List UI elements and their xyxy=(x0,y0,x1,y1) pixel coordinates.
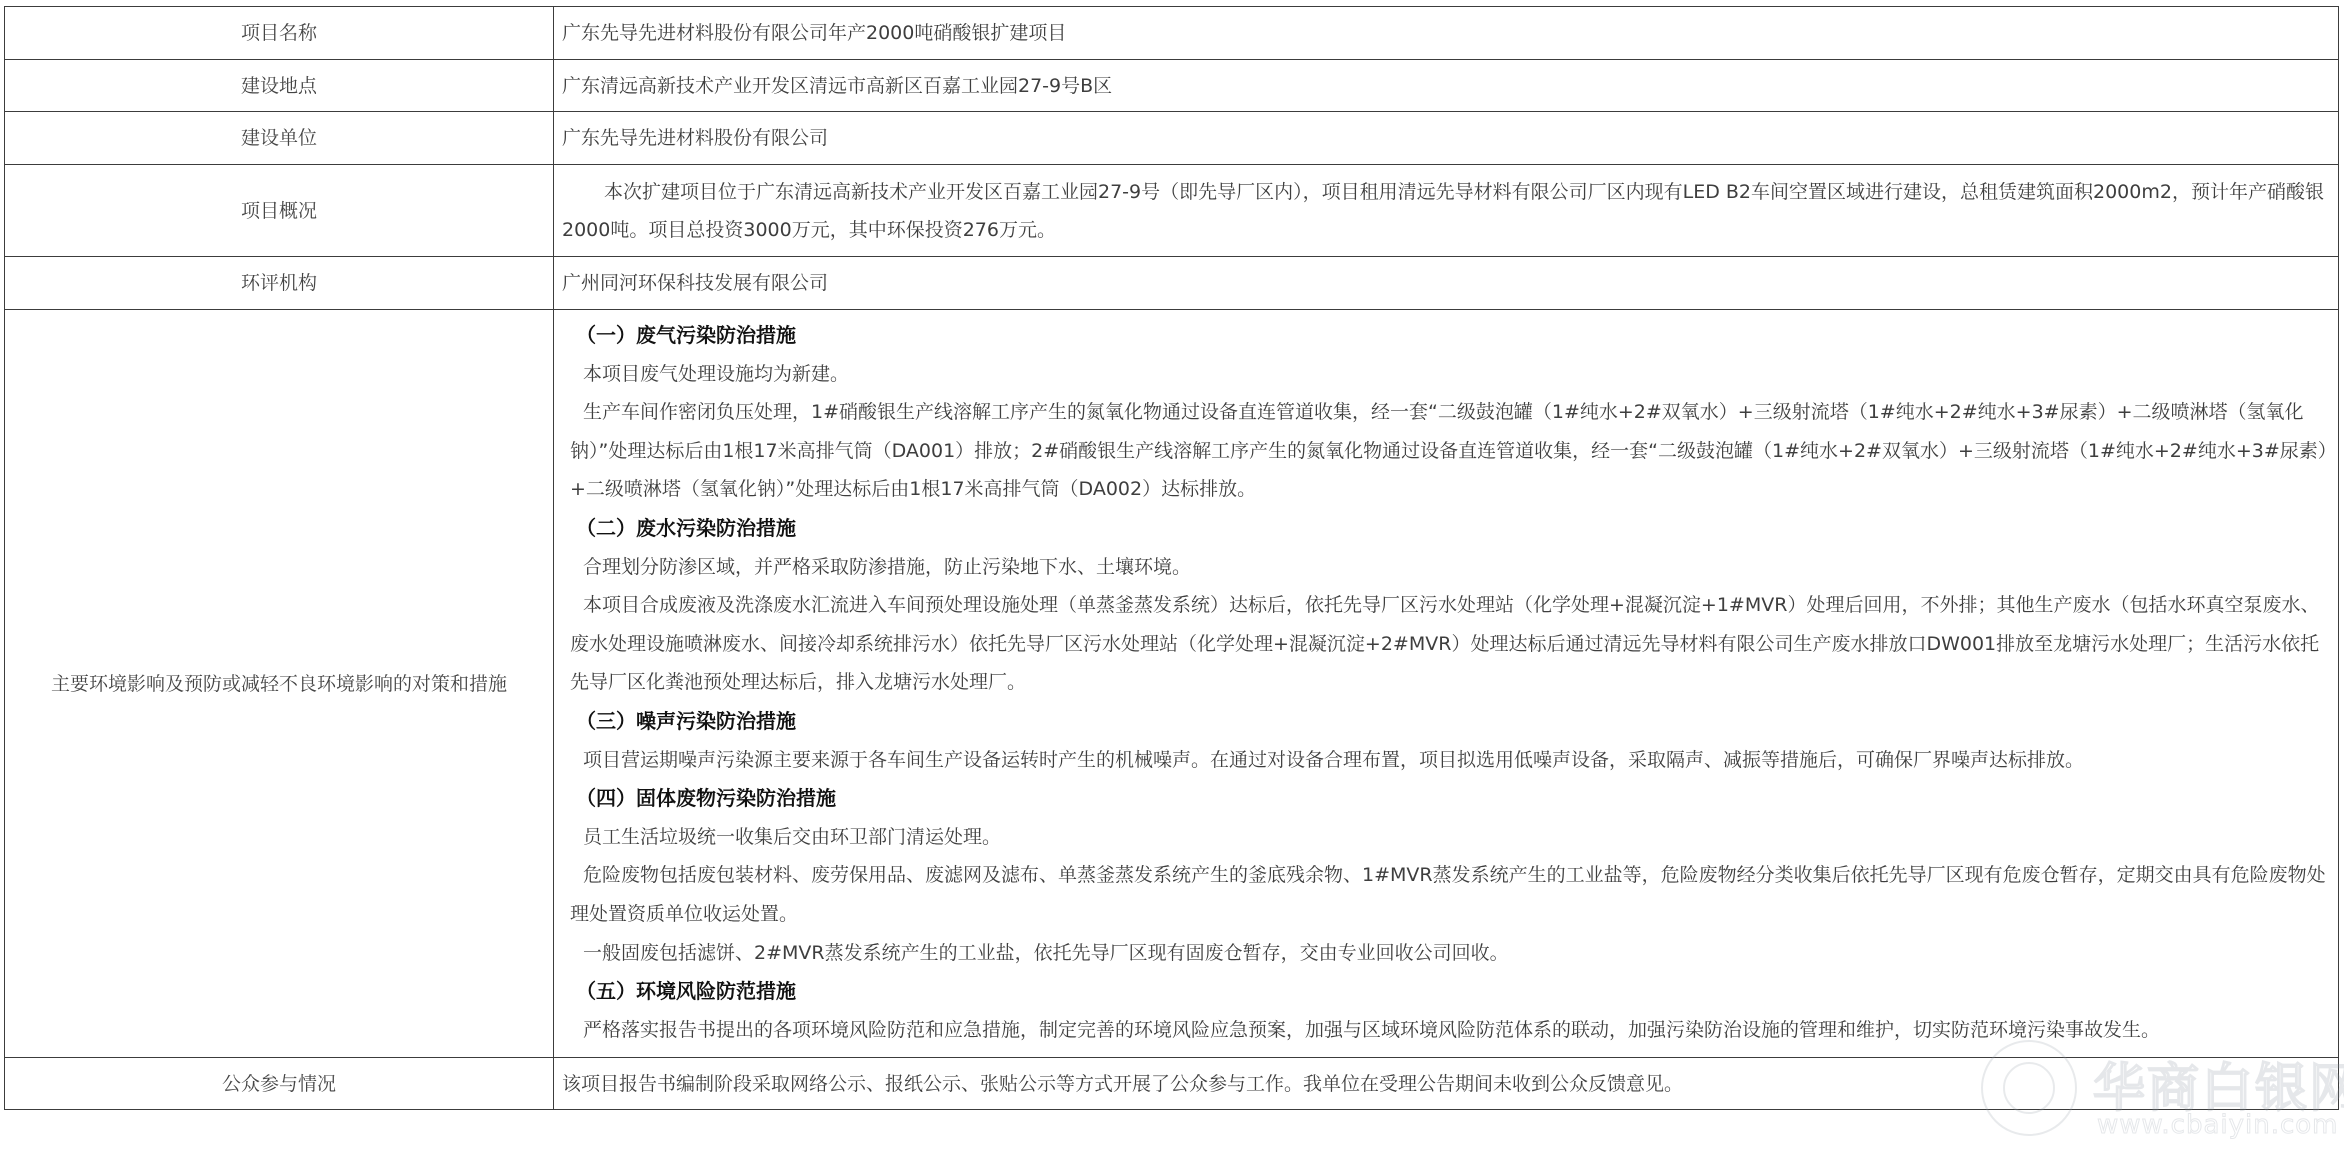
label-construction-unit: 建设单位 xyxy=(5,112,554,165)
label-construction-site: 建设地点 xyxy=(5,60,554,112)
value-project-name: 广东先导先进材料股份有限公司年产2000吨硝酸银扩建项目 xyxy=(554,7,2339,60)
section-heading-noise: （三）噪声污染防治措施 xyxy=(570,702,2328,741)
row-environmental-measures: 主要环境影响及预防或减轻不良环境影响的对策和措施 （一）废气污染防治措施 本项目… xyxy=(5,310,2339,1058)
label-environmental-measures: 主要环境影响及预防或减轻不良环境影响的对策和措施 xyxy=(5,310,554,1058)
label-project-name: 项目名称 xyxy=(5,7,554,60)
project-info-table: 项目名称 广东先导先进材料股份有限公司年产2000吨硝酸银扩建项目 建设地点 广… xyxy=(4,6,2339,1110)
section-heading-solid-waste: （四）固体废物污染防治措施 xyxy=(570,779,2328,818)
row-project-name: 项目名称 广东先导先进材料股份有限公司年产2000吨硝酸银扩建项目 xyxy=(5,7,2339,60)
paragraph-water-1: 合理划分防渗区域，并严格采取防渗措施，防止污染地下水、土壤环境。 xyxy=(570,548,2328,587)
paragraph-solid-waste-3: 一般固废包括滤饼、2#MVR蒸发系统产生的工业盐，依托先导厂区现有固废仓暂存，交… xyxy=(570,934,2328,973)
label-public-participation: 公众参与情况 xyxy=(5,1058,554,1110)
paragraph-noise-1: 项目营运期噪声污染源主要来源于各车间生产设备运转时产生的机械噪声。在通过对设备合… xyxy=(570,741,2328,780)
paragraph-solid-waste-1: 员工生活垃圾统一收集后交由环卫部门清运处理。 xyxy=(570,818,2328,857)
value-construction-unit: 广东先导先进材料股份有限公司 xyxy=(554,112,2339,165)
watermark-url: www.cbaiyin.com xyxy=(2097,1110,2339,1140)
section-heading-air: （一）废气污染防治措施 xyxy=(570,316,2328,355)
value-eia-agency: 广州同河环保科技发展有限公司 xyxy=(554,257,2339,310)
row-construction-site: 建设地点 广东清远高新技术产业开发区清远市高新区百嘉工业园27-9号B区 xyxy=(5,60,2339,112)
row-project-overview: 项目概况 本次扩建项目位于广东清远高新技术产业开发区百嘉工业园27-9号（即先导… xyxy=(5,165,2339,257)
paragraph-risk-1: 严格落实报告书提出的各项环境风险防范和应急措施，制定完善的环境风险应急预案，加强… xyxy=(570,1011,2328,1050)
paragraph-air-1: 本项目废气处理设施均为新建。 xyxy=(570,355,2328,394)
value-project-overview: 本次扩建项目位于广东清远高新技术产业开发区百嘉工业园27-9号（即先导厂区内），… xyxy=(554,165,2339,257)
row-public-participation: 公众参与情况 该项目报告书编制阶段采取网络公示、报纸公示、张贴公示等方式开展了公… xyxy=(5,1058,2339,1110)
row-construction-unit: 建设单位 广东先导先进材料股份有限公司 xyxy=(5,112,2339,165)
label-project-overview: 项目概况 xyxy=(5,165,554,257)
value-public-participation: 该项目报告书编制阶段采取网络公示、报纸公示、张贴公示等方式开展了公众参与工作。我… xyxy=(554,1058,2339,1110)
paragraph-air-2: 生产车间作密闭负压处理，1#硝酸银生产线溶解工序产生的氮氧化物通过设备直连管道收… xyxy=(570,393,2328,509)
section-heading-water: （二）废水污染防治措施 xyxy=(570,509,2328,548)
measures-cell: （一）废气污染防治措施 本项目废气处理设施均为新建。 生产车间作密闭负压处理，1… xyxy=(554,310,2339,1058)
paragraph-water-2: 本项目合成废液及洗涤废水汇流进入车间预处理设施处理（单蒸釜蒸发系统）达标后，依托… xyxy=(570,586,2328,702)
measures-body: （一）废气污染防治措施 本项目废气处理设施均为新建。 生产车间作密闭负压处理，1… xyxy=(562,310,2338,1057)
paragraph-solid-waste-2: 危险废物包括废包装材料、废劳保用品、废滤网及滤布、单蒸釜蒸发系统产生的釜底残余物… xyxy=(570,856,2328,933)
value-construction-site: 广东清远高新技术产业开发区清远市高新区百嘉工业园27-9号B区 xyxy=(554,60,2339,112)
section-heading-risk: （五）环境风险防范措施 xyxy=(570,972,2328,1011)
row-eia-agency: 环评机构 广州同河环保科技发展有限公司 xyxy=(5,257,2339,310)
label-eia-agency: 环评机构 xyxy=(5,257,554,310)
